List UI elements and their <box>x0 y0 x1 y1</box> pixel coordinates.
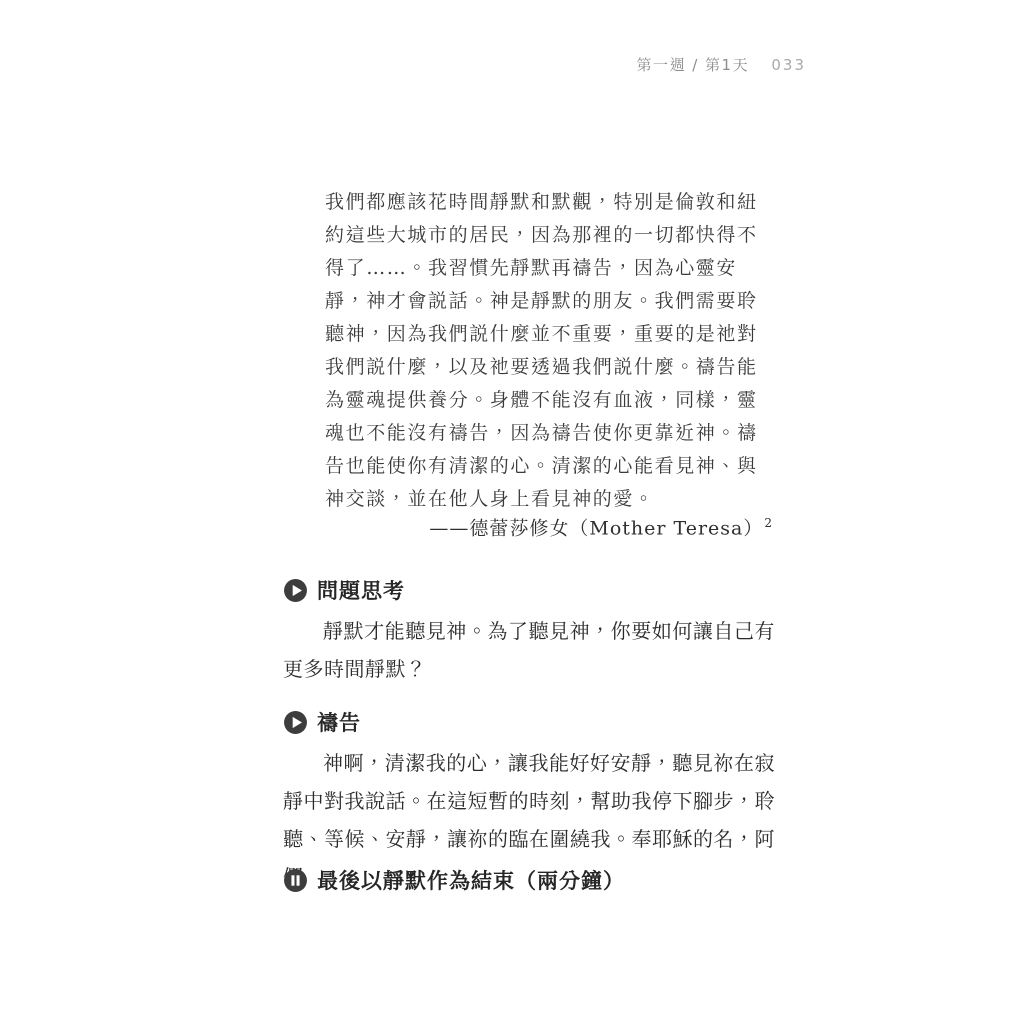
pause-icon <box>283 868 308 893</box>
quote-block: 我們都應該花時間靜默和默觀，特別是倫敦和紐 約這些大城市的居民，因為那裡的一切都… <box>325 186 770 516</box>
running-header: 第一週 / 第1天 033 <box>0 54 806 75</box>
page-number: 033 <box>771 56 806 74</box>
book-page: 第一週 / 第1天 033 我們都應該花時間靜默和默觀，特別是倫敦和紐 約這些大… <box>0 0 1024 1024</box>
attribution-text: ——德蕾莎修女（Mother Teresa） <box>429 517 763 539</box>
quote-line: 為靈魂提供養分。身體不能沒有血液，同樣，靈 <box>325 384 770 417</box>
play-icon <box>283 710 308 735</box>
quote-line: 魂也不能沒有禱告，因為禱告使你更靠近神。禱 <box>325 417 770 450</box>
section-prayer-heading: 禱告 <box>283 707 775 737</box>
quote-line: 約這些大城市的居民，因為那裡的一切都快得不 <box>325 219 770 252</box>
section-question: 問題思考 靜默才能聽見神。為了聽見神，你要如何讓自己有更多時間靜默？ <box>283 575 775 688</box>
quote-attribution: ——德蕾莎修女（Mother Teresa）2 <box>281 508 773 543</box>
section-closing-title: 最後以靜默作為結束（兩分鐘） <box>317 865 625 895</box>
quote-line: 我們都應該花時間靜默和默觀，特別是倫敦和紐 <box>325 186 770 219</box>
quote-line: 聽神，因為我們説什麼並不重要，重要的是祂對 <box>325 318 770 351</box>
quote-line: 我們説什麼，以及祂要透過我們説什麼。禱告能 <box>325 351 770 384</box>
section-closing: 最後以靜默作為結束（兩分鐘） <box>283 865 775 895</box>
section-question-heading: 問題思考 <box>283 575 775 605</box>
play-icon <box>283 578 308 603</box>
quote-line: 告也能使你有清潔的心。清潔的心能看見神、與 <box>325 450 770 483</box>
footnote-marker: 2 <box>764 516 773 530</box>
section-question-body: 靜默才能聽見神。為了聽見神，你要如何讓自己有更多時間靜默？ <box>283 612 775 688</box>
section-prayer-title: 禱告 <box>317 707 361 737</box>
section-closing-heading: 最後以靜默作為結束（兩分鐘） <box>283 865 775 895</box>
quote-line: 得了……。我習慣先靜默再禱告，因為心靈安 <box>325 252 770 285</box>
running-head-text: 第一週 / 第1天 <box>636 56 749 74</box>
section-question-title: 問題思考 <box>317 575 405 605</box>
quote-line: 靜，神才會説話。神是靜默的朋友。我們需要聆 <box>325 285 770 318</box>
